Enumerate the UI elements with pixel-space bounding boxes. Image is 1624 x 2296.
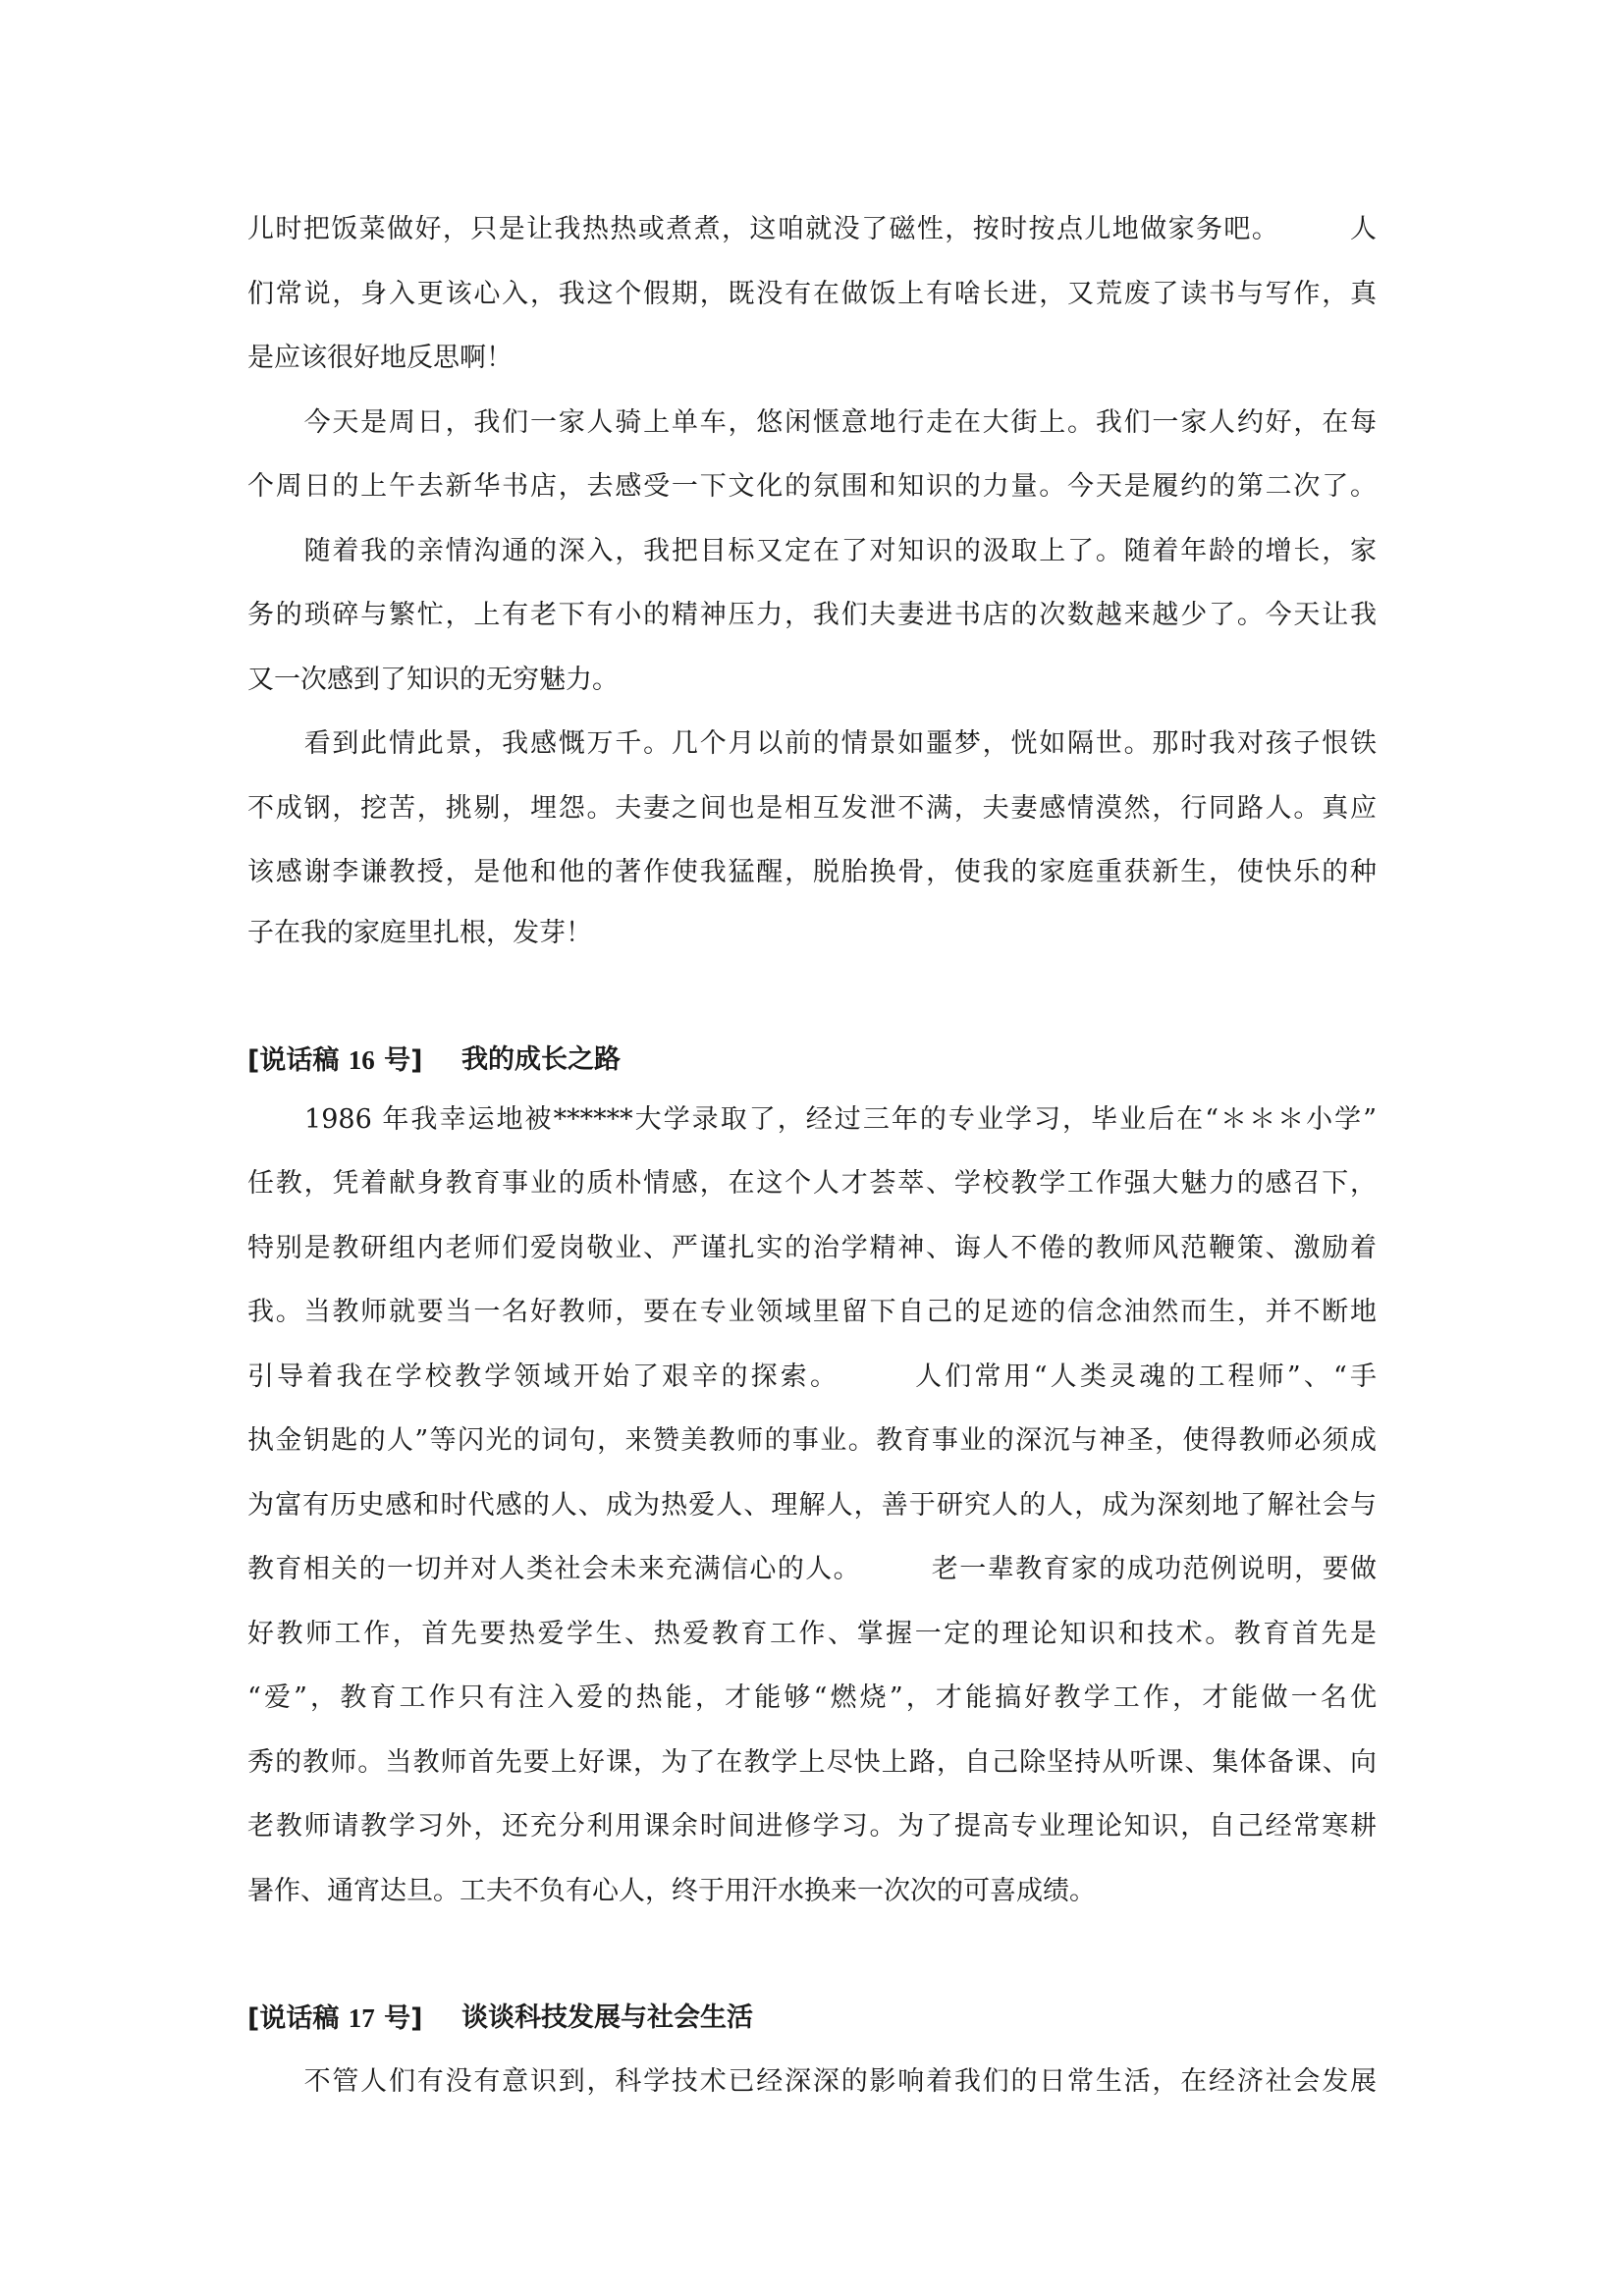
paragraph-line: 不成钢，挖苦，挑剔，埋怨。夫妻之间也是相互发泄不满，夫妻感情漠然，行同路人。真应 xyxy=(247,792,1377,826)
section-label-prefix: [说话稿 xyxy=(247,1045,349,1076)
paragraph-line: 务的琐碎与繁忙，上有老下有小的精神压力，我们夫妻进书店的次数越来越少了。今天让我 xyxy=(247,599,1377,632)
section-title: 我的成长之路 xyxy=(461,1042,621,1078)
paragraph-line: 子在我的家庭里扎根，发芽！ xyxy=(247,917,1377,950)
paragraph-line: 儿时把饭菜做好，只是让我热热或煮煮，这咱就没了磁性，按时按点儿地做家务吧。 人 xyxy=(247,213,1377,246)
paragraph-line: 教育相关的一切并对人类社会未来充满信心的人。 老一辈教育家的成功范例说明，要做 xyxy=(247,1553,1377,1586)
paragraph-line: “爱”，教育工作只有注入爱的热能，才能够“燃烧”，才能搞好教学工作，才能做一名优 xyxy=(247,1682,1377,1715)
section-title: 谈谈科技发展与社会生活 xyxy=(461,2001,753,2036)
paragraph-line: 老教师请教学习外，还充分利用课余时间进修学习。为了提高专业理论知识，自己经常寒耕 xyxy=(247,1810,1377,1843)
paragraph-line: 不管人们有没有意识到，科学技术已经深深的影响着我们的日常生活，在经济社会发展 xyxy=(247,2065,1377,2099)
section-label-number: 17 xyxy=(349,2003,375,2033)
section-label-number: 16 xyxy=(349,1045,375,1075)
section-heading-16: [说话稿 16 号] 我的成长之路 xyxy=(247,1042,423,1078)
paragraph-line: 任教，凭着献身教育事业的质朴情感，在这个人才荟萃、学校教学工作强大魅力的感召下， xyxy=(247,1167,1377,1201)
section-heading-17: [说话稿 17 号] 谈谈科技发展与社会生活 xyxy=(247,2001,423,2036)
paragraph-line: 1986 年我幸运地被******大学录取了，经过三年的专业学习，毕业后在“＊＊… xyxy=(247,1103,1377,1137)
paragraph-line: 是应该很好地反思啊！ xyxy=(247,342,1377,375)
section-label-suffix: 号] xyxy=(375,1045,423,1076)
paragraph-line: 引导着我在学校教学领域开始了艰辛的探索。 人们常用“人类灵魂的工程师”、“手 xyxy=(247,1361,1377,1394)
paragraph-line: 看到此情此景，我感慨万千。几个月以前的情景如噩梦，恍如隔世。那时我对孩子恨铁 xyxy=(247,727,1377,761)
paragraph-line: 我。当教师就要当一名好教师，要在专业领域里留下自己的足迹的信念油然而生，并不断地 xyxy=(247,1296,1377,1329)
paragraph-line: 该感谢李谦教授，是他和他的著作使我猛醒，脱胎换骨，使我的家庭重获新生，使快乐的种 xyxy=(247,856,1377,889)
section-label-suffix: 号] xyxy=(375,2003,423,2034)
paragraph-line: 又一次感到了知识的无穷魅力。 xyxy=(247,664,1377,697)
section-label-prefix: [说话稿 xyxy=(247,2003,349,2034)
paragraph-line: 为富有历史感和时代感的人、成为热爱人、理解人，善于研究人的人，成为深刻地了解社会… xyxy=(247,1489,1377,1522)
paragraph-line: 好教师工作，首先要热爱学生、热爱教育工作、掌握一定的理论知识和技术。教育首先是 xyxy=(247,1618,1377,1651)
paragraph-line: 们常说，身入更该心入，我这个假期，既没有在做饭上有啥长进，又荒废了读书与写作，真 xyxy=(247,278,1377,311)
paragraph-line: 秀的教师。当教师首先要上好课，为了在教学上尽快上路，自己除坚持从听课、集体备课、… xyxy=(247,1746,1377,1780)
paragraph-line: 个周日的上午去新华书店，去感受一下文化的氛围和知识的力量。今天是履约的第二次了。 xyxy=(247,470,1377,504)
paragraph-line: 执金钥匙的人”等闪光的词句，来赞美教师的事业。教育事业的深沉与神圣，使得教师必须… xyxy=(247,1424,1377,1458)
paragraph-line: 随着我的亲情沟通的深入，我把目标又定在了对知识的汲取上了。随着年龄的增长，家 xyxy=(247,535,1377,568)
paragraph-line: 暑作、通宵达旦。工夫不负有心人，终于用汗水换来一次次的可喜成绩。 xyxy=(247,1875,1377,1908)
paragraph-line: 特别是教研组内老师们爱岗敬业、严谨扎实的治学精神、诲人不倦的教师风范鞭策、激励着 xyxy=(247,1232,1377,1265)
document-page: 儿时把饭菜做好，只是让我热热或煮煮，这咱就没了磁性，按时按点儿地做家务吧。 人 … xyxy=(0,0,1624,2296)
paragraph-line: 今天是周日，我们一家人骑上单车，悠闲惬意地行走在大街上。我们一家人约好，在每 xyxy=(247,406,1377,440)
